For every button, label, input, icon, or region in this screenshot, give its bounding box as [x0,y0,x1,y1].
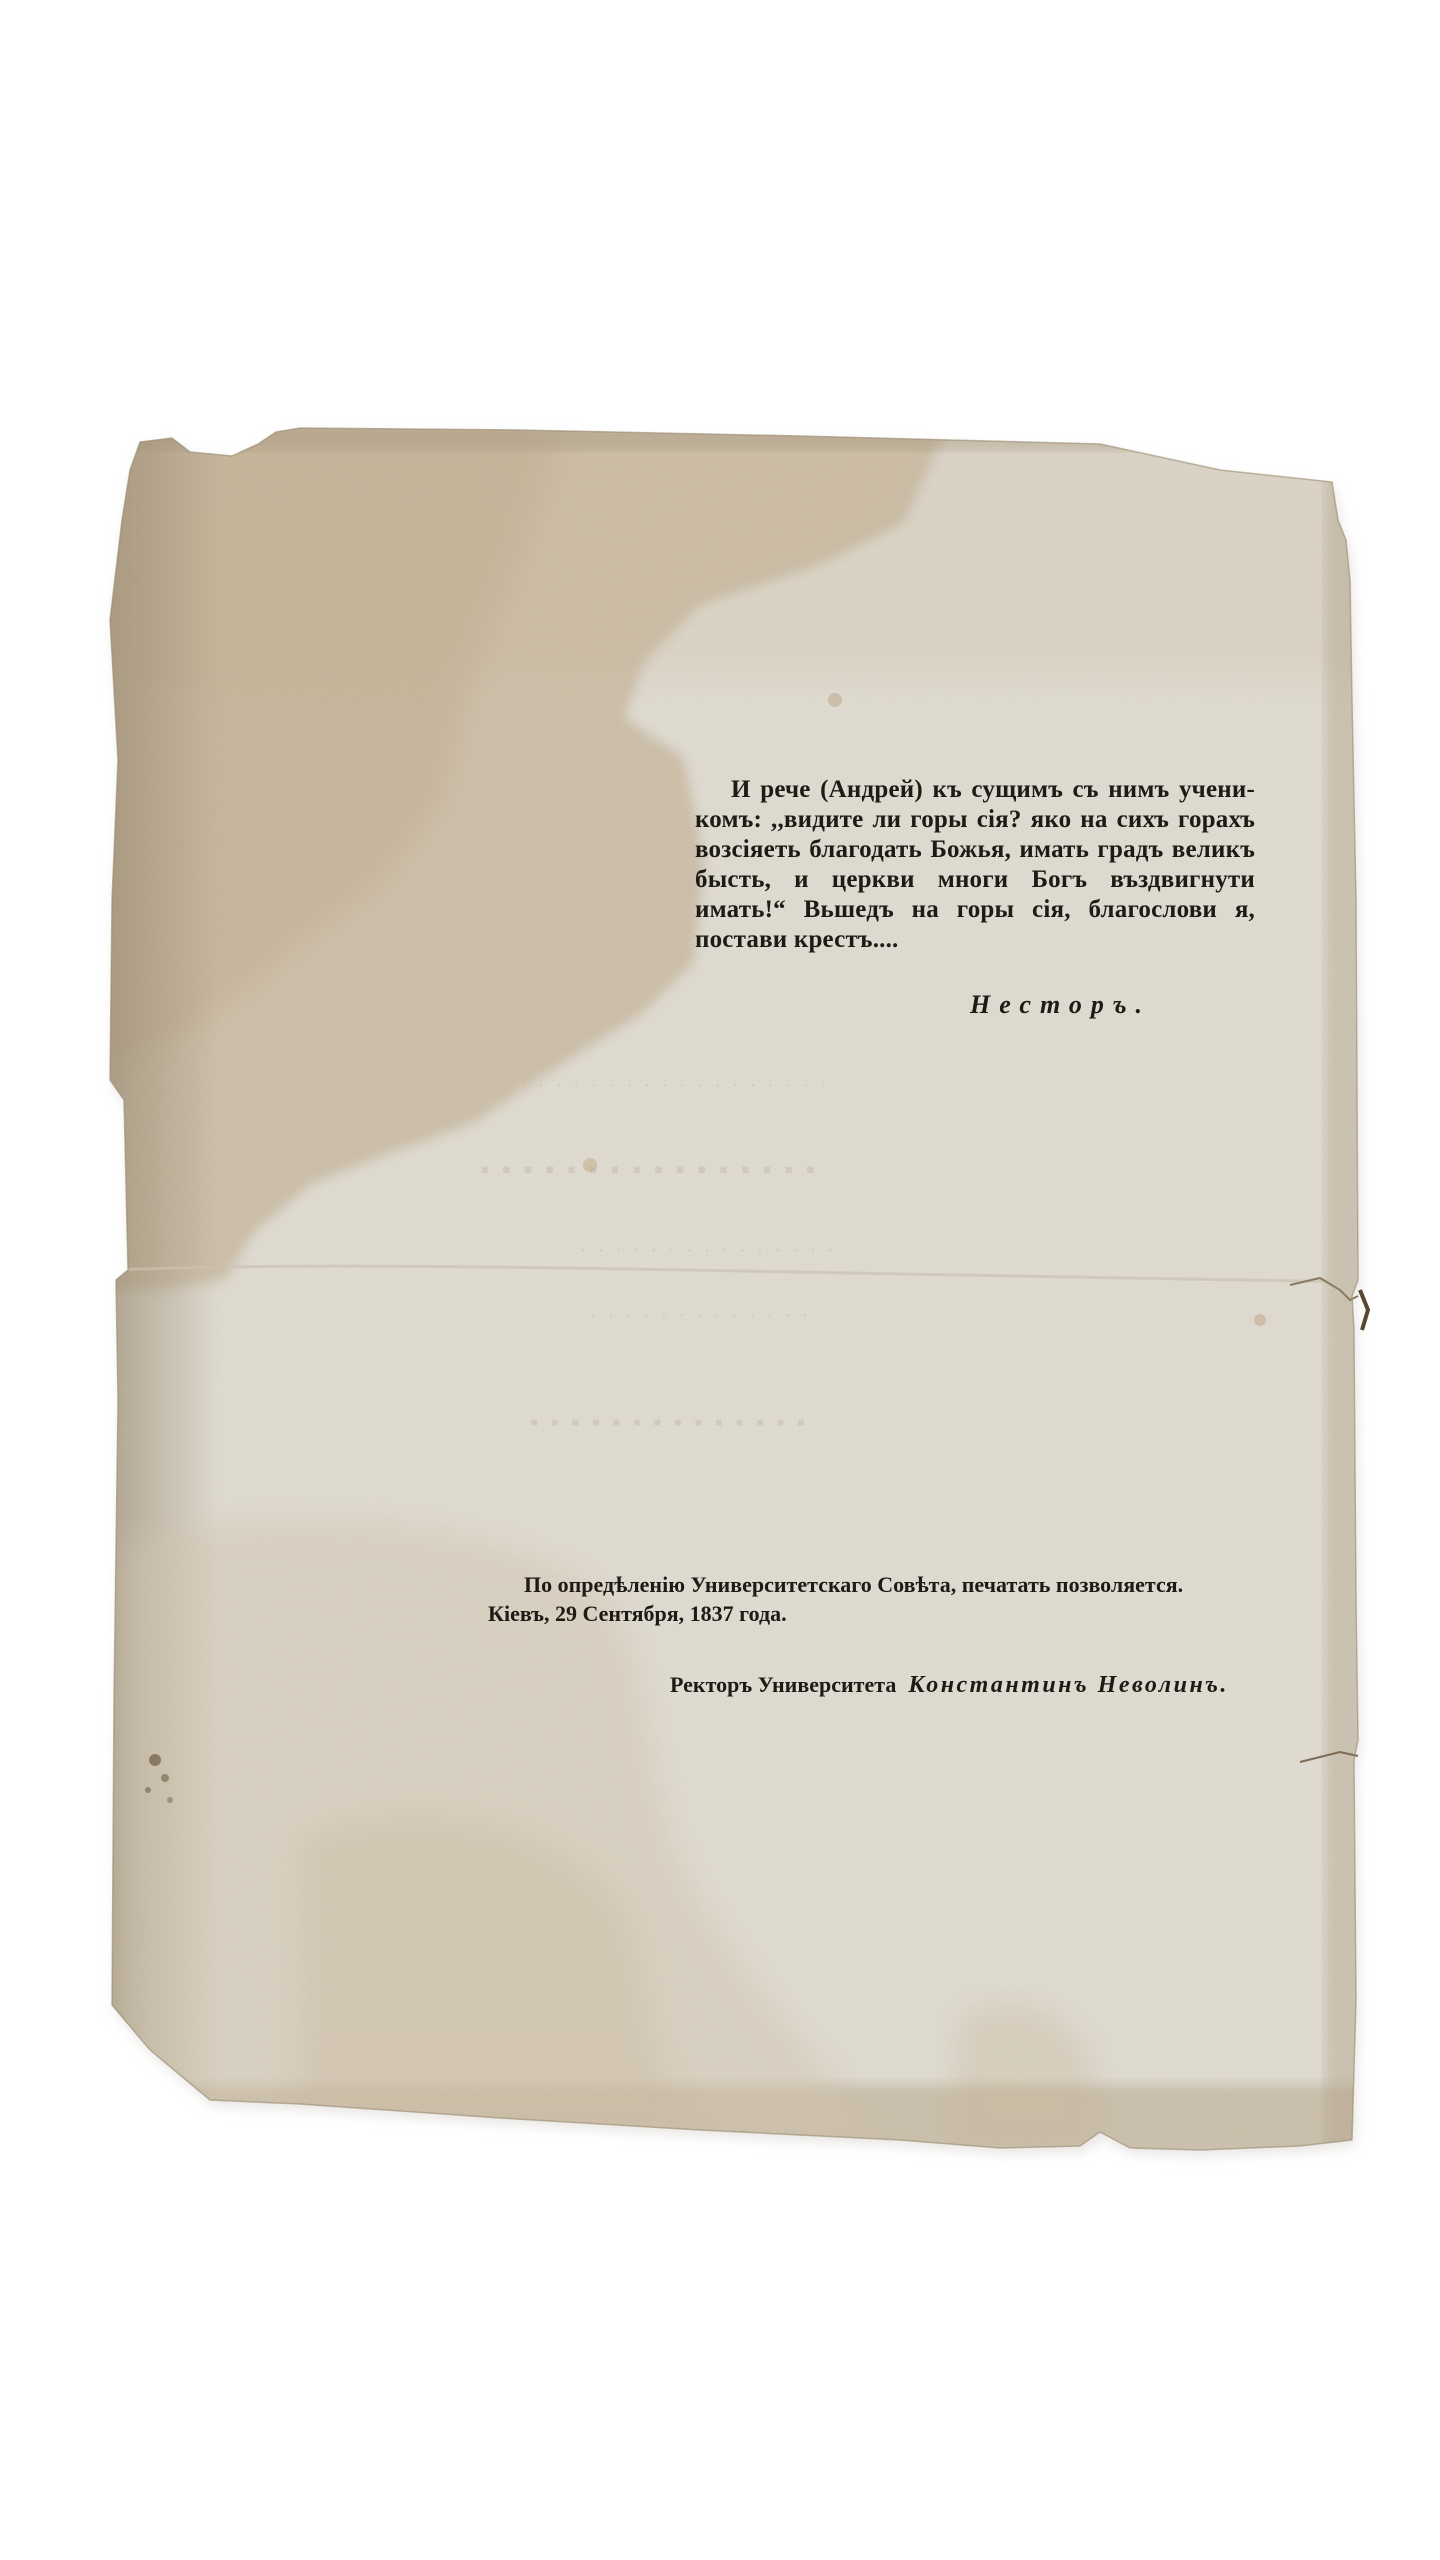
approval-date: Кіевъ, 29 Сентября, 1837 года. [488,1599,1218,1628]
censorship-approval: По опредѣленію Университетскаго Совѣта, … [488,1570,1218,1628]
bleed-through-text: · · · · · · · · · · · · · · · · · · [520,1075,830,1098]
epigraph-line: бысть, и церкви многи Богъ въздвигнути [695,865,1255,895]
epigraph-quote: И рече (Андрей) къ сущимъ съ нимъ учени-… [695,775,1255,955]
bleed-through-text: · · · · · · · · · · · · · [590,1305,812,1328]
signature-name: Константинъ Неволинъ. [908,1672,1229,1698]
epigraph-author: Несторъ. [970,990,1151,1020]
bleed-through-text: · · · · · · · · · · · · · · · [580,1240,837,1263]
printed-text: · · · · · · · · · · · · · · · · · · ▪ ▪ … [0,0,1440,2560]
bleed-through-text: ▪ ▪ ▪ ▪ ▪ ▪ ▪ ▪ ▪ ▪ ▪ ▪ ▪ ▪ ▪ ▪ [480,1155,818,1185]
approval-text: По опредѣленію Университетскаго Совѣта, … [488,1570,1218,1599]
epigraph-line: возсіяеть благодать Божья, имать градъ в… [695,835,1255,865]
bleed-through-text: ▪ ▪ ▪ ▪ ▪ ▪ ▪ ▪ ▪ ▪ ▪ ▪ ▪ ▪ [530,1410,808,1437]
signature-title: Ректоръ Университета [670,1672,896,1697]
epigraph-line: И рече (Андрей) къ сущимъ съ нимъ учени- [695,775,1255,805]
rector-signature: Ректоръ УниверситетаКонстантинъ Неволинъ… [670,1672,1229,1699]
epigraph-line: имать!“ Вьшедъ на горы сія, благослови я… [695,895,1255,925]
document-page: · · · · · · · · · · · · · · · · · · ▪ ▪ … [0,0,1440,2560]
epigraph-line: постави крестъ.... [695,925,1255,955]
epigraph-line: комъ: ,,видите ли горы сія? яко на сихъ … [695,805,1255,835]
